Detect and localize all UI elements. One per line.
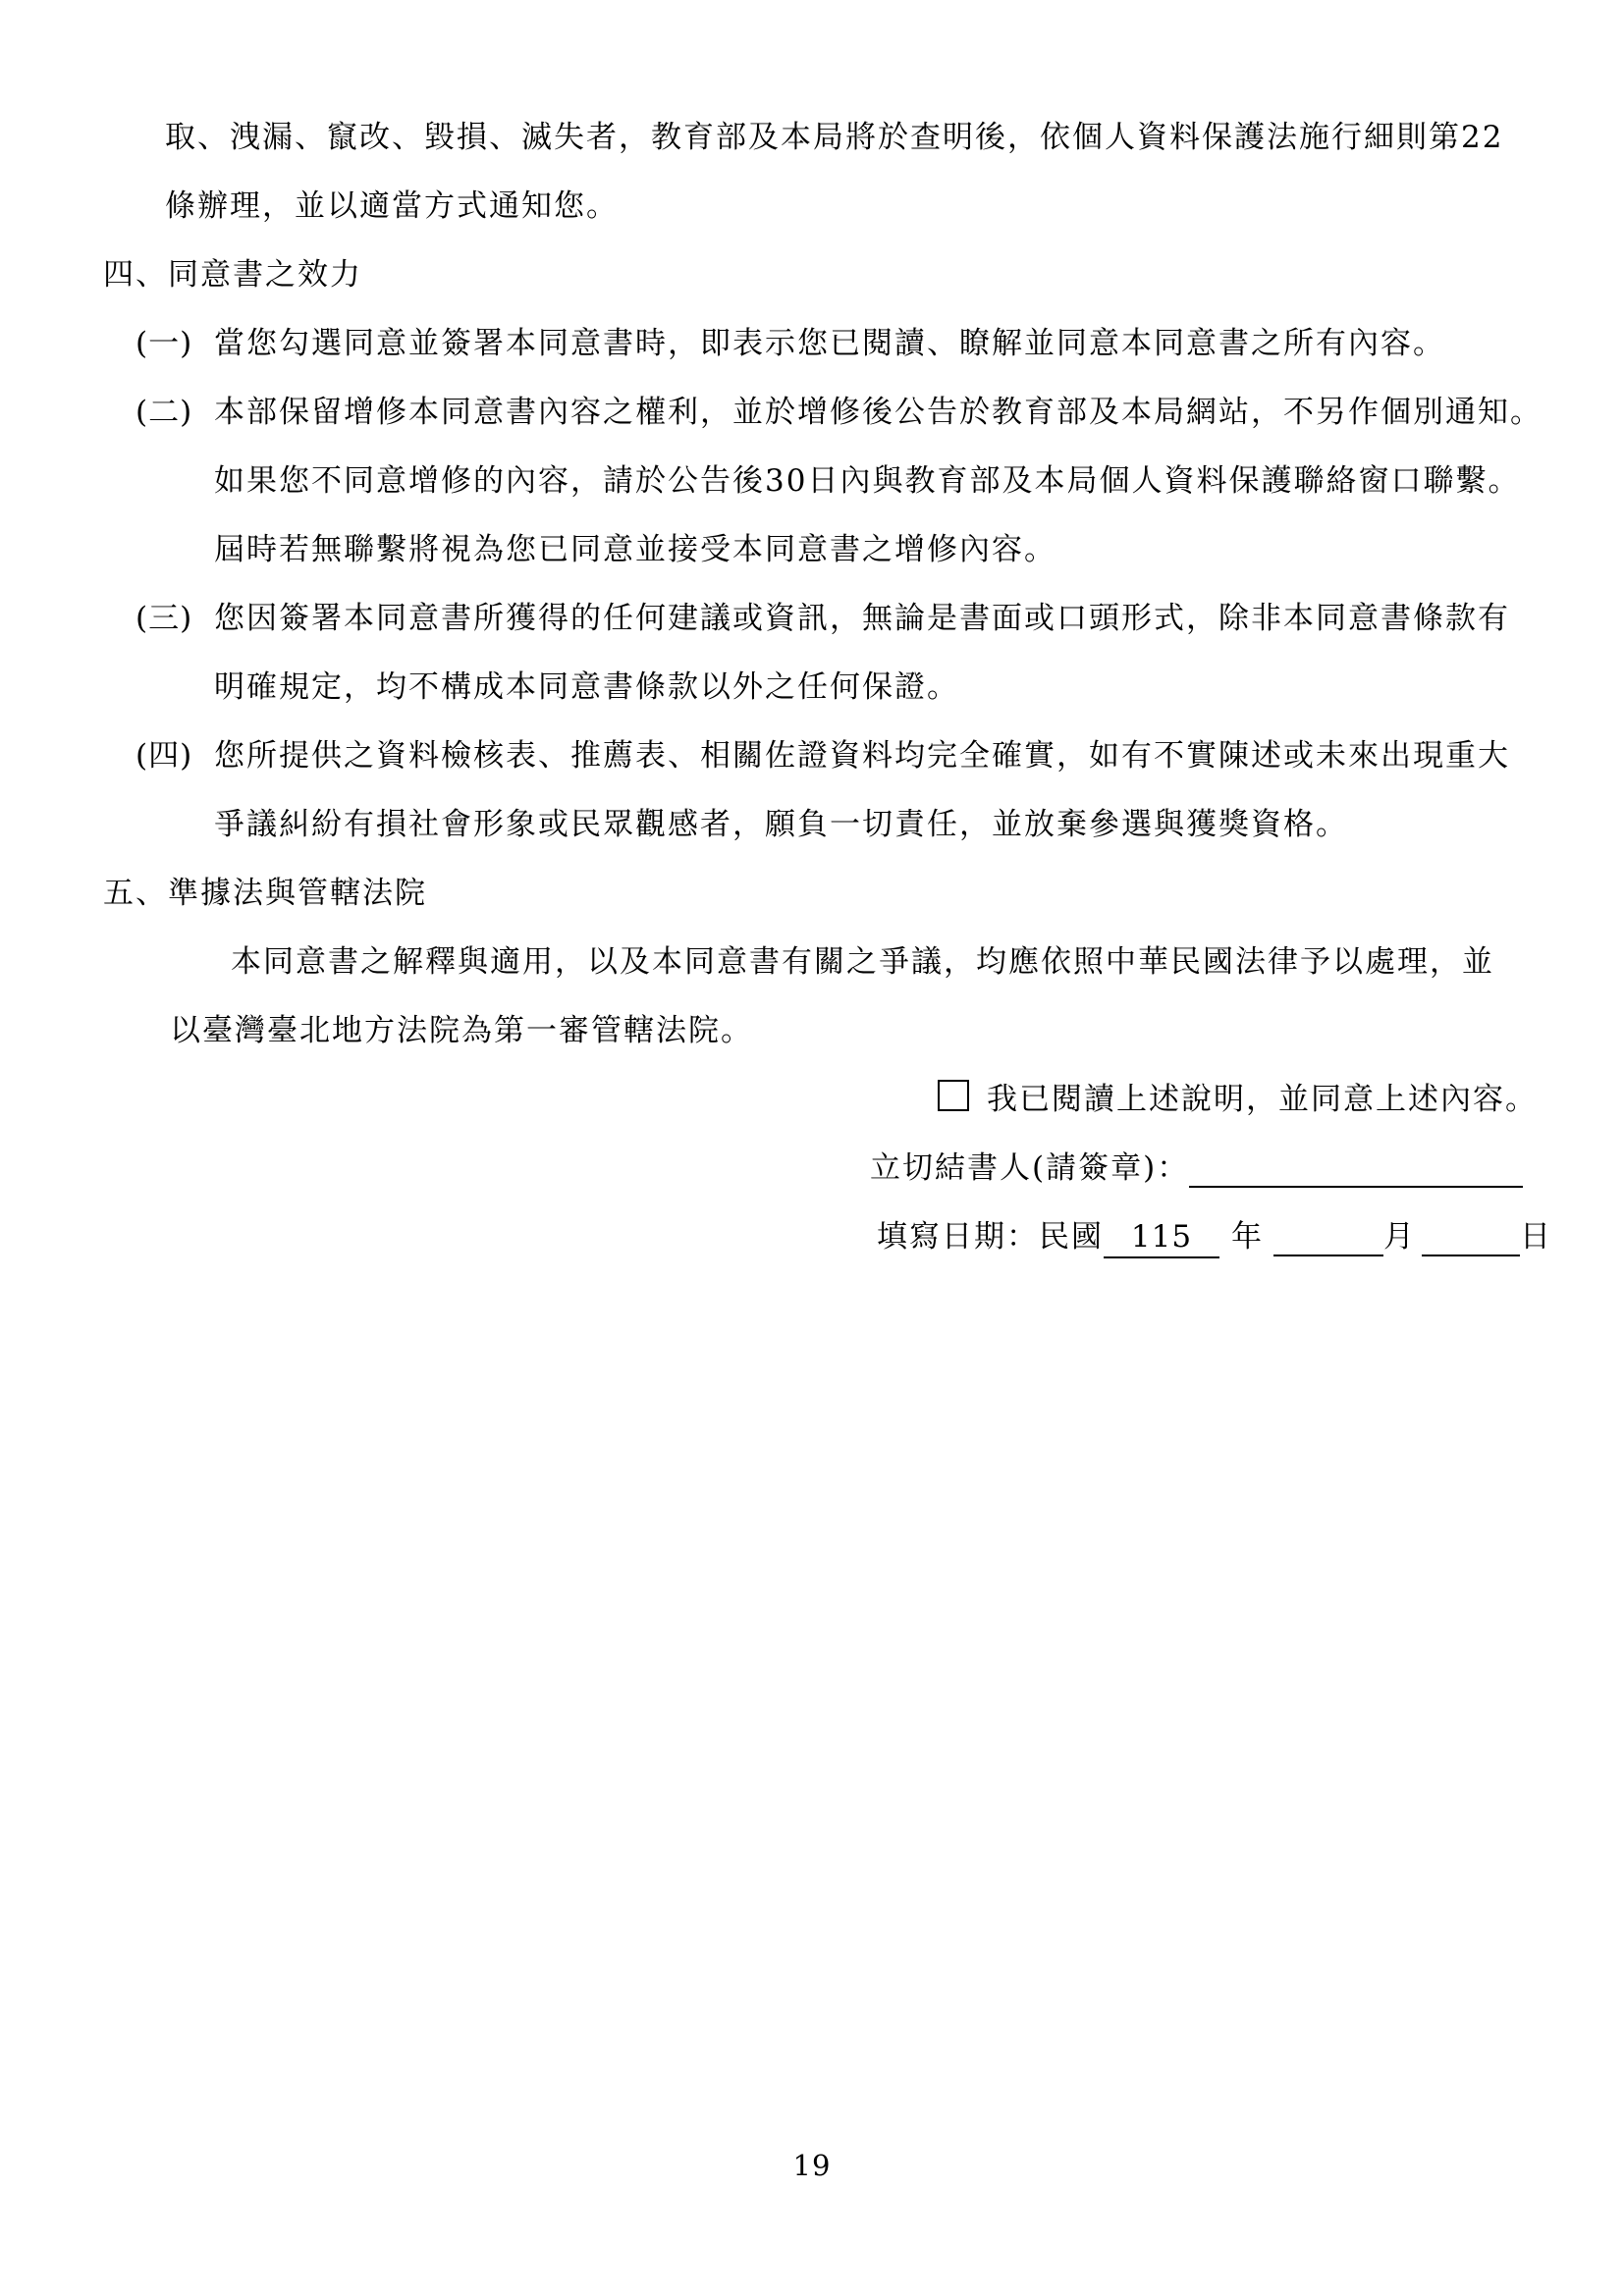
section-4-item-2: (二)本部保留增修本同意書內容之權利，並於增修後公告於教育部及本局網站，不另作個…: [135, 378, 1624, 447]
item-4-text-line-2: 爭議糾紛有損社會形象或民眾觀感者，願負一切責任，並放棄參選與獲獎資格。: [214, 790, 1624, 859]
document-content: 取、洩漏、竄改、毀損、滅失者，教育部及本局將於查明後，依個人資料保護法施行細則第…: [0, 103, 1624, 1271]
date-month-field[interactable]: [1273, 1255, 1383, 1256]
signature-row: 立切結書人(請簽章)：: [870, 1134, 1624, 1202]
item-4-text-line-1: 您所提供之資料檢核表、推薦表、相關佐證資料均完全確實，如有不實陳述或未來出現重大: [214, 738, 1510, 774]
item-2-marker: (二): [135, 378, 214, 447]
item-1-marker: (一): [135, 309, 214, 378]
item-2-text-line-3: 屆時若無聯繫將視為您已同意並接受本同意書之增修內容。: [214, 515, 1624, 584]
agreement-label: 我已閱讀上述說明，並同意上述內容。: [987, 1082, 1538, 1117]
item-1-text: 當您勾選同意並簽署本同意書時，即表示您已閱讀、瞭解並同意本同意書之所有內容。: [214, 326, 1445, 361]
item-3-text-line-2: 明確規定，均不構成本同意書條款以外之任何保證。: [214, 653, 1624, 721]
section-4-item-3: (三)您因簽署本同意書所獲得的任何建議或資訊，無論是書面或口頭形式，除非本同意書…: [135, 584, 1624, 653]
date-day-unit-label: 日: [1520, 1219, 1552, 1255]
section-5-paragraph-line-2: 以臺灣臺北地方法院為第一審管轄法院。: [170, 996, 1624, 1065]
item-3-marker: (三): [135, 584, 214, 653]
section-5-heading: 五、準據法與管轄法院: [103, 859, 1624, 928]
page-number: 19: [0, 2146, 1624, 2185]
item-2-text-line-2: 如果您不同意增修的內容，請於公告後30日內與教育部及本局個人資料保護聯絡窗口聯繫…: [214, 447, 1624, 515]
section-4-item-1: (一)當您勾選同意並簽署本同意書時，即表示您已閱讀、瞭解並同意本同意書之所有內容…: [135, 309, 1624, 378]
date-row: 填寫日期：民國115年月日: [877, 1202, 1624, 1271]
continuation-line-2: 條辦理，並以適當方式通知您。: [165, 172, 1624, 240]
agreement-checkbox[interactable]: [938, 1080, 969, 1111]
agreement-row: 我已閱讀上述說明，並同意上述內容。: [938, 1065, 1624, 1134]
date-prefix-label: 填寫日期：民國: [877, 1219, 1104, 1255]
section-4-item-4: (四)您所提供之資料檢核表、推薦表、相關佐證資料均完全確實，如有不實陳述或未來出…: [135, 721, 1624, 790]
document-page: 取、洩漏、竄改、毀損、滅失者，教育部及本局將於查明後，依個人資料保護法施行細則第…: [0, 0, 1624, 2296]
item-2-text-line-1: 本部保留增修本同意書內容之權利，並於增修後公告於教育部及本局網站，不另作個別通知…: [214, 395, 1543, 430]
date-year-unit-label: 年: [1231, 1219, 1264, 1255]
section-5-paragraph-line-1: 本同意書之解釋與適用，以及本同意書有關之爭議，均應依照中華民國法律予以處理，並: [231, 928, 1624, 996]
item-3-text-line-1: 您因簽署本同意書所獲得的任何建議或資訊，無論是書面或口頭形式，除非本同意書條款有: [214, 601, 1510, 636]
date-year-field[interactable]: 115: [1104, 1217, 1219, 1258]
section-4-heading: 四、同意書之效力: [103, 240, 1624, 309]
item-4-marker: (四): [135, 721, 214, 790]
date-day-field[interactable]: [1422, 1255, 1520, 1256]
signature-label: 立切結書人(請簽章)：: [870, 1150, 1189, 1186]
signature-field[interactable]: [1189, 1186, 1523, 1188]
date-month-unit-label: 月: [1383, 1219, 1416, 1255]
continuation-line-1: 取、洩漏、竄改、毀損、滅失者，教育部及本局將於查明後，依個人資料保護法施行細則第…: [165, 103, 1624, 172]
